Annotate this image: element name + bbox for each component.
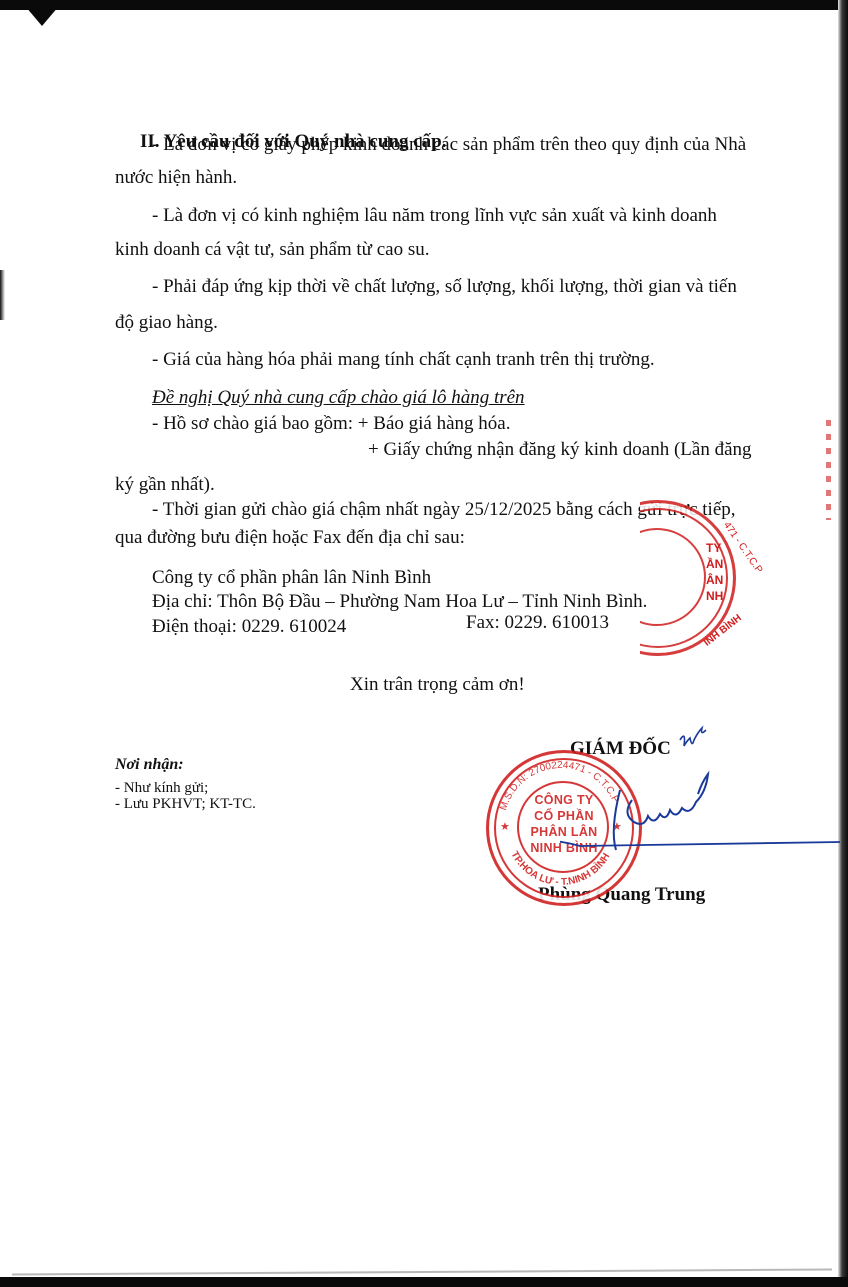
request-docs-line-3: ký gần nhất).: [115, 475, 215, 494]
requirement-1-line-2: nước hiện hành.: [115, 168, 237, 187]
contact-address: Địa chỉ: Thôn Bộ Đầu – Phường Nam Hoa Lư…: [152, 592, 647, 611]
requirement-3-line-1: - Phải đáp ứng kịp thời về chất lượng, s…: [152, 277, 737, 296]
requirement-4-line-1: - Giá của hàng hóa phải mang tính chất c…: [152, 350, 655, 369]
closing-text: Xin trân trọng cảm ơn!: [350, 675, 525, 694]
contact-fax: Fax: 0229. 610013: [466, 613, 609, 632]
svg-text:★: ★: [500, 821, 510, 833]
recipient-item: - Lưu PKHVT; KT-TC.: [115, 797, 256, 812]
requirement-2-line-1: - Là đơn vị có kinh nghiệm lâu năm trong…: [152, 206, 717, 225]
request-deadline-line-2: qua đường bưu điện hoặc Fax đến địa chỉ …: [115, 528, 465, 547]
contact-company: Công ty cổ phần phân lân Ninh Bình: [152, 568, 431, 587]
request-title: Đề nghị Quý nhà cung cấp chào giá lô hàn…: [152, 388, 525, 407]
side-stamp-line: NH: [706, 588, 723, 604]
side-stamp-text: TY ẦN ÂN NH: [706, 540, 723, 604]
side-stamp-line: ẦN: [706, 556, 723, 572]
recipients-title: Nơi nhận:: [115, 757, 184, 773]
margin-stamp-bleed: [826, 420, 831, 520]
request-docs-line-1: - Hồ sơ chào giá bao gồm: + Báo giá hàng…: [152, 414, 510, 433]
contact-phone: Điện thoại: 0229. 610024: [152, 617, 346, 636]
requirement-2-line-2: kinh doanh cá vật tư, sản phẩm từ cao su…: [115, 240, 430, 259]
request-docs-line-2: + Giấy chứng nhận đăng ký kinh doanh (Lầ…: [368, 440, 752, 459]
recipient-item: - Như kính gửi;: [115, 781, 208, 796]
side-stamp-line: TY: [706, 540, 723, 556]
signature-scribble: [560, 720, 840, 860]
requirement-1-line-1: - Là đơn vị có giấy phép kinh doanh các …: [152, 135, 746, 154]
requirement-3-line-2: độ giao hàng.: [115, 313, 218, 332]
side-stamp-line: ÂN: [706, 572, 723, 588]
